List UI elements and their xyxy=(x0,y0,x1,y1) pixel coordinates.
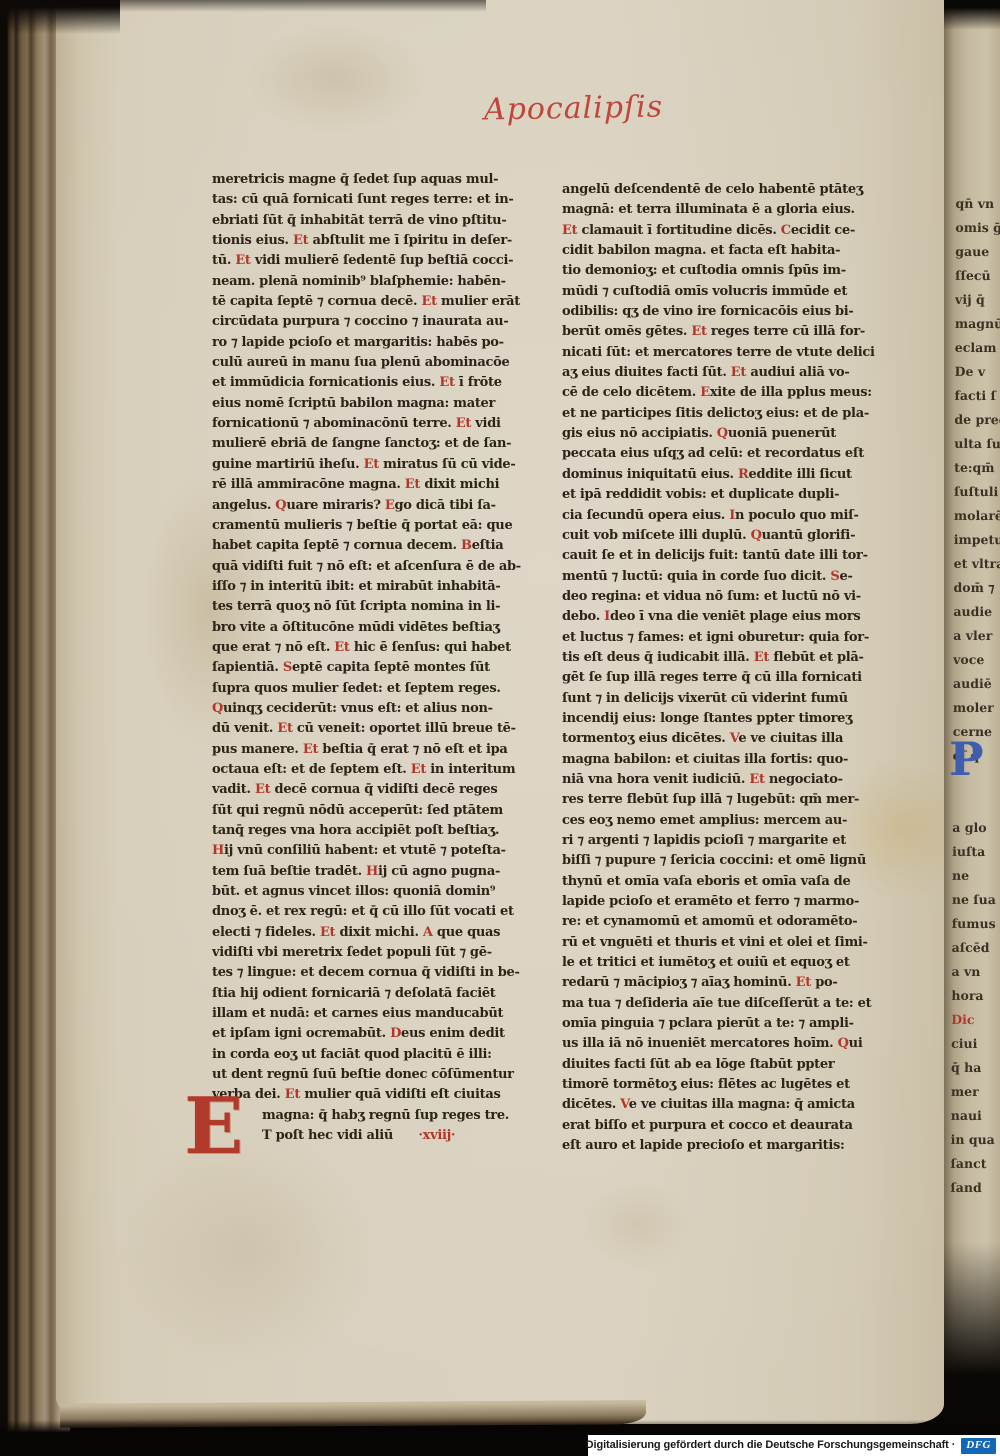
text-line: deo regina: et vidua nō ſum: et luctū nō… xyxy=(562,587,890,607)
text-line: ro ⁊ lapide pcioſo et margaritis: habēs … xyxy=(212,333,540,353)
next-page-text-fragment: ſanct xyxy=(950,1152,1000,1176)
text-line: dū venit. Et cū veneit: oportet illū bre… xyxy=(212,719,540,739)
text-line: et immūdicia fornicationis eius. Et ī fr… xyxy=(212,373,540,393)
next-page-text-fragment: ne xyxy=(952,864,1000,888)
text-line: mentū ⁊ luctū: quia in corde ſuo dicit. … xyxy=(562,567,890,587)
text-line: magna babilon: et ciuitas illa fortis: q… xyxy=(562,750,890,770)
text-line: vadit. Et decē cornua q̄ vidiſti decē re… xyxy=(212,780,540,800)
text-line: ſupra quos mulier ſedet: et ſeptem reges… xyxy=(212,679,540,699)
text-line: berūt omēs gētes. Et reges terre cū illā… xyxy=(562,322,890,342)
text-line: cauit ſe et in delicijs fuit: tantū date… xyxy=(562,546,890,566)
text-line: debo. Ideo ī vna die veniēt plage eius m… xyxy=(562,607,890,627)
text-line: habet capita ſeptē ⁊ cornua decem. Beſti… xyxy=(212,536,540,556)
next-page-text-fragment: dom̄ ⁊ xyxy=(954,576,1000,600)
next-page-text-fragment: moler xyxy=(953,696,1000,720)
next-page-text-fragment: omis ḡ xyxy=(955,216,1000,240)
text-line: cē de celo dicētem. Exite de illa pplus … xyxy=(562,383,890,403)
text-line: neam. plenā nominib⁹ blaſphemie: habēn- xyxy=(212,272,540,292)
next-page-text-fragment: et vltra xyxy=(954,552,1000,576)
next-page-text-fragment: molarē xyxy=(954,504,1000,528)
text-line: tē capita ſeptē ⁊ cornua decē. Et mulier… xyxy=(212,292,540,312)
next-page-text-fragment: qn̄ vn xyxy=(956,192,1000,216)
next-page-blue-initial: P xyxy=(949,736,984,782)
stain xyxy=(576,1180,696,1270)
next-page-text-fragment: de prec xyxy=(954,408,1000,432)
text-line: magna: q̄ habʒ regnū ſup reges tre. xyxy=(262,1106,540,1126)
text-line: tis eſt deus q̄ iudicabit illā. Et flebū… xyxy=(562,648,890,668)
text-line: electi ⁊ fideles. Et dixit michi. A que … xyxy=(212,923,540,943)
text-line: ces eoʒ nemo emet amplius: mercem au- xyxy=(562,811,890,831)
text-line: redarū ⁊ mācipioʒ ⁊ aīaʒ hominū. Et po- xyxy=(562,973,890,993)
text-line: būt. et agnus vincet illos: quoniā domin… xyxy=(212,882,540,902)
chapter-initial: E xyxy=(184,1088,243,1166)
next-page-text-fragment: in qua xyxy=(951,1128,1000,1152)
text-line: Hij vnū conſiliū habent: et vtutē ⁊ pote… xyxy=(212,841,540,861)
text-line: illam et nudā: et carnes eius manducabūt xyxy=(212,1004,540,1024)
text-line: cia ſecundū opera eius. In poculo quo mi… xyxy=(562,506,890,526)
digitization-credit-bar: Digitalisierung gefördert durch die Deut… xyxy=(588,1435,1000,1456)
text-line: et ne participes ſitis delictoʒ eius: et… xyxy=(562,404,890,424)
text-line: ut dent regnū ſuū beſtie donec cōſūmentu… xyxy=(212,1065,540,1085)
text-line: bro vite a ōſtitucōne mūdi vidētes beſti… xyxy=(212,618,540,638)
next-page-text-fragment: a vn xyxy=(951,960,1000,984)
text-line: mulierē ebriā de ſangne ſanctoʒ: et de ſ… xyxy=(212,434,540,454)
text-line: cuit vob miſcete illi duplū. Quantū glor… xyxy=(562,526,890,546)
next-page-text-fragment: facti ſ xyxy=(955,384,1000,408)
next-page-text-fragment: q̄ ha xyxy=(951,1056,1000,1080)
next-page-text-fragments: qn̄ vnomis ḡgaueſſecūvij q̄magnūeclamDe … xyxy=(950,192,1000,1200)
next-page-text-fragment: mer xyxy=(951,1080,1000,1104)
next-page-text-fragment: vij q̄ xyxy=(955,288,1000,312)
next-page-text-fragment: ciui xyxy=(951,1032,1000,1056)
text-line: ſtia hij odient fornicariā ⁊ deſolatā fa… xyxy=(212,984,540,1004)
text-line: us illa iā nō inueniēt mercatores hoīm. … xyxy=(562,1034,890,1054)
text-line: tes terrā quoʒ nō ſūt ſcripta nomina in … xyxy=(212,597,540,617)
text-line: et luctus ⁊ fames: et igni oburetur: qui… xyxy=(562,628,890,648)
text-line: odibilis: qʒ de vino ire fornicacōis eiu… xyxy=(562,302,890,322)
text-line: tormentoʒ eius dicētes. Ve ve ciuitas il… xyxy=(562,729,890,749)
text-line: aʒ eius diuites facti ſūt. Et audiui ali… xyxy=(562,363,890,383)
text-line: ma tua ⁊ deſideria aīe tue diſceſſerūt a… xyxy=(562,994,890,1014)
text-line: magnā: et terra illuminata ē a gloria ei… xyxy=(562,200,890,220)
text-line: niā vna hora venit iudiciū. Et negociato… xyxy=(562,770,890,790)
next-page-text-fragment: a glo xyxy=(952,816,1000,840)
text-line: dominus iniquitatū eius. Reddite illi ſi… xyxy=(562,465,890,485)
next-page-text-fragment: audiē xyxy=(953,672,1000,696)
dfg-logo: DFG xyxy=(961,1438,996,1454)
text-line: octaua eſt: et de ſeptem eſt. Et in inte… xyxy=(212,760,540,780)
text-line: Et clamauit ī fortitudine dicēs. Cecidit… xyxy=(562,221,890,241)
next-page-text-fragment xyxy=(952,792,1000,816)
credit-text: Digitalisierung gefördert durch die Deut… xyxy=(586,1440,956,1451)
next-page-text-fragment: hora xyxy=(951,984,1000,1008)
text-line: ri ⁊ argenti ⁊ lapidis pcioſi ⁊ margarit… xyxy=(562,831,890,851)
text-line: angelū deſcendentē de celo habentē ptāte… xyxy=(562,180,890,200)
text-line: et ipā reddidit vobis: et duplicate dupl… xyxy=(562,485,890,505)
next-page-text-fragment: ſſecū xyxy=(955,264,1000,288)
text-line: lapide pcioſo et eramēto et ferro ⁊ marm… xyxy=(562,892,890,912)
text-line: peccata eius uſqʒ ad celū: et recordatus… xyxy=(562,444,890,464)
next-page-text-fragment: eclam xyxy=(955,336,1000,360)
text-line: verba dei. Et mulier quā vidiſti eſt ciu… xyxy=(212,1085,540,1105)
text-line: res terre flebūt ſup illā ⁊ lugebūt: qm̄… xyxy=(562,790,890,810)
text-line: gis eius nō accipiatis. Quoniā puenerūt xyxy=(562,424,890,444)
text-line: circūdata purpura ⁊ coccino ⁊ inaurata a… xyxy=(212,312,540,332)
text-line: mūdi ⁊ cuſtodiā omīs volucris immūde et xyxy=(562,282,890,302)
text-line: fornicationū ⁊ abominacōnū terre. Et vid… xyxy=(212,414,540,434)
text-line: tū. Et vidi mulierē ſedentē ſup beſtiā c… xyxy=(212,251,540,271)
text-line: T poſt hec vidi aliū ·xviij· xyxy=(262,1126,540,1146)
next-page-text-fragment: voce xyxy=(953,648,1000,672)
text-line: meretricis magne q̄ ſedet ſup aquas mul- xyxy=(212,170,540,190)
text-line: tanq̄ reges vna hora accipiēt poſt beſti… xyxy=(212,821,540,841)
text-line: omīa pinguia ⁊ pclara pierūt a te: ⁊ amp… xyxy=(562,1014,890,1034)
text-line: gēt ſe ſup illā reges terre q̄ cū illa f… xyxy=(562,668,890,688)
text-line: cramentū mulieris ⁊ beſtie q̄ portat eā:… xyxy=(212,516,540,536)
text-line: ebriati ſūt q̄ inhabitāt terrā de vino p… xyxy=(212,211,540,231)
next-page-text-fragment: impetu xyxy=(954,528,1000,552)
text-line: re: et cynamomū et amomū et odoramēto- xyxy=(562,912,890,932)
next-page-text-fragment: Dic xyxy=(951,1008,1000,1032)
text-line: rē illā ammiracōne magna. Et dixit michi xyxy=(212,475,540,495)
text-line: incendij eius: longe ſtantes ppter timor… xyxy=(562,709,890,729)
text-line: dicētes. Ve ve ciuitas illa magna: q̄ am… xyxy=(562,1095,890,1115)
next-page-text-fragment: ſand xyxy=(950,1176,1000,1200)
text-line: in corda eoʒ ut faciāt quod placitū ē il… xyxy=(212,1045,540,1065)
text-line: tas: cū quā fornicati ſunt reges terre: … xyxy=(212,190,540,210)
text-line: guine martiriū iheſu. Et miratus ſū cū v… xyxy=(212,455,540,475)
next-page-text-fragment: fumus xyxy=(952,912,1000,936)
stain xyxy=(116,1130,376,1370)
text-line: ſapientiā. Septē capita ſeptē montes ſūt xyxy=(212,658,540,678)
next-page-edge: qn̄ vnomis ḡgaueſſecūvij q̄magnūeclamDe … xyxy=(944,0,1000,1432)
next-page-text-fragment: aſcēd xyxy=(952,936,1000,960)
text-line: vidiſti vbi meretrix ſedet populi ſūt ⁊ … xyxy=(212,943,540,963)
text-line: tes ⁊ lingue: et decem cornua q̄ vidiſti… xyxy=(212,963,540,983)
next-page-text-fragment: ne ſua xyxy=(952,888,1000,912)
text-line: tio demonioʒ: et cuſtodia omnis ſpūs im- xyxy=(562,261,890,281)
text-line: tionis eius. Et abſtulit me ī ſpiritu in… xyxy=(212,231,540,251)
text-line: erat biſſo et purpura et cocco et deaura… xyxy=(562,1116,890,1136)
next-page-text-fragment: a vler xyxy=(953,624,1000,648)
text-column-right: angelū deſcendentē de celo habentē ptāte… xyxy=(562,180,890,1157)
text-line: nicati ſūt: et mercatores terre de vtute… xyxy=(562,343,890,363)
text-line: biſſi ⁊ pupure ⁊ ſericia coccini: et omē… xyxy=(562,851,890,871)
text-line: quā vidiſti fuit ⁊ nō eſt: et aſcenſura … xyxy=(212,557,540,577)
text-column-left: meretricis magne q̄ ſedet ſup aquas mul-… xyxy=(212,170,540,1147)
manuscript-page: Apocalipſis meretricis magne q̄ ſedet ſu… xyxy=(56,0,944,1424)
page-top-shadow xyxy=(56,0,486,12)
text-line: le et tritici et iumētoʒ et ouiū et equo… xyxy=(562,953,890,973)
top-corner-shadow xyxy=(0,0,120,34)
text-line: rū et vnguēti et thuris et vini et olei … xyxy=(562,933,890,953)
next-page-text-fragment: iuſta xyxy=(952,840,1000,864)
running-title: Apocalipſis xyxy=(484,92,664,125)
text-line: que erat ⁊ nō eſt. Et hic ē ſenſus: qui … xyxy=(212,638,540,658)
next-page-text-fragment: naui xyxy=(951,1104,1000,1128)
text-line: tem ſuā beſtie tradēt. Hij cū agno pugna… xyxy=(212,862,540,882)
text-line: thynū et omīa vaſa eboris et omīa vaſa d… xyxy=(562,872,890,892)
next-page-text-fragment: gaue xyxy=(955,240,1000,264)
text-line: dnoʒ ē. et rex regū: et q̄ cū illo ſūt v… xyxy=(212,902,540,922)
text-line: Quinqʒ ceciderūt: vnus eſt: et alius non… xyxy=(212,699,540,719)
text-line: et ipſam igni ocremabūt. Deus enim dedit xyxy=(212,1024,540,1044)
text-line: iſſo ⁊ in interitū ibit: et mirabūt inha… xyxy=(212,577,540,597)
stain xyxy=(246,24,426,134)
text-line: cidit babilon magna. et facta eſt habita… xyxy=(562,241,890,261)
next-page-text-fragment: De v xyxy=(955,360,1000,384)
text-line: pus manere. Et beſtia q̄ erat ⁊ nō eſt e… xyxy=(212,740,540,760)
text-line: angelus. Quare miraris? Ego dicā tibi ſa… xyxy=(212,496,540,516)
text-line: ſunt ⁊ in delicijs vixerūt cū viderint f… xyxy=(562,689,890,709)
text-line: timorē tormētoʒ eius: flētes ac lugētes … xyxy=(562,1075,890,1095)
next-page-text-fragment: audie xyxy=(953,600,1000,624)
text-line: diuites facti ſūt ab ea lōge ſtabūt ppte… xyxy=(562,1055,890,1075)
text-line: ſūt qui regnū nōdū acceperūt: ſed ptātem xyxy=(212,801,540,821)
text-line: culū aureū in manu ſua plenū abominacōe xyxy=(212,353,540,373)
next-page-text-fragment: ulta ſu xyxy=(954,432,1000,456)
next-page-text-fragment: te:qm̄ xyxy=(954,456,1000,480)
text-line: eſt auro et lapide precioſo et margariti… xyxy=(562,1136,890,1156)
chapter-opening: Emagna: q̄ habʒ regnū ſup reges tre.T po… xyxy=(212,1106,540,1147)
next-page-text-fragment: magnū xyxy=(955,312,1000,336)
next-page-text-fragment: ſuſtuli xyxy=(954,480,1000,504)
text-line: eius nomē ſcriptū babilon magna: mater xyxy=(212,394,540,414)
